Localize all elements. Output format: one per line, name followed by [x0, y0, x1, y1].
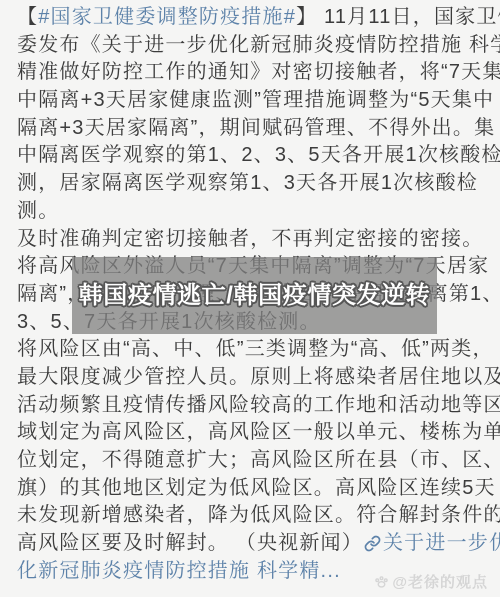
text-segment: 精准做好防控工作的通知》对密切接触者，将“7天集 [17, 61, 500, 83]
text-segment: 中隔离医学观察的第1、2、3、5天各开展1次核酸检 [17, 144, 500, 166]
text-segment: 】 11月11日，国家卫健 [296, 6, 500, 28]
text-segment: 高风险区要及时解封。 （央视新闻） [17, 532, 363, 554]
watermark: @老徐的观点 [374, 571, 488, 592]
text-segment: 中隔离+3天居家健康监测”管理措施调整为“5天集中 [17, 89, 494, 111]
text-segment: 最大限度减少管控人员。原则上将感染者居住地以及 [17, 366, 500, 388]
text-segment: 隔离+3天居家隔离”，期间赋码管理、不得外出。集 [17, 117, 495, 139]
hashtag-link[interactable]: #国家卫健委调整防疫措施# [38, 6, 296, 28]
text-line: 最大限度减少管控人员。原则上将感染者居住地以及 [17, 364, 487, 392]
text-line: 【#国家卫健委调整防疫措施#】 11月11日，国家卫健 [17, 4, 487, 32]
text-line: 中隔离+3天居家健康监测”管理措施调整为“5天集中 [17, 87, 487, 115]
text-line: 中隔离医学观察的第1、2、3、5天各开展1次核酸检 [17, 142, 487, 170]
text-line: 域划定为高风险区，高风险区一般以单元、楼栋为单 [17, 419, 487, 447]
text-line: 精准做好防控工作的通知》对密切接触者，将“7天集 [17, 59, 487, 87]
text-line: 活动频繁且疫情传播风险较高的工作地和活动地等区 [17, 392, 487, 420]
text-segment: 委发布《关于进一步优化新冠肺炎疫情防控措施 科学 [17, 34, 500, 56]
text-line: 隔离+3天居家隔离”，期间赋码管理、不得外出。集 [17, 115, 487, 143]
text-line: 位划定，不得随意扩大；高风险区所在县（市、区、 [17, 447, 487, 475]
text-line: 测，居家隔离医学观察第1、3天各开展1次核酸检 [17, 170, 487, 198]
text-segment: 测。 [17, 200, 59, 222]
text-line: 将风险区由“高、中、低”三类调整为“高、低”两类， [17, 336, 487, 364]
text-line: 未发现新增感染者，降为低风险区。符合解封条件的 [17, 502, 487, 530]
overlay-title-text: 韩国疫情逃亡/韩国疫情突发逆转 [72, 280, 437, 312]
watermark-handle: @老徐的观点 [392, 571, 488, 592]
document-link[interactable]: 关于进一步优 [363, 532, 500, 554]
link-chain-icon [364, 535, 381, 552]
text-line: 测。 [17, 198, 487, 226]
text-segment: 活动频繁且疫情传播风险较高的工作地和活动地等区 [17, 394, 500, 416]
text-line: 高风险区要及时解封。 （央视新闻） 关于进一步优 [17, 530, 487, 558]
video-title-overlay: 韩国疫情逃亡/韩国疫情突发逆转 [72, 257, 437, 334]
text-segment: 域划定为高风险区，高风险区一般以单元、楼栋为单 [17, 421, 500, 443]
text-line: 及时准确判定密切接触者，不再判定密接的密接。 [17, 226, 487, 254]
document-link[interactable]: 化新冠肺炎疫情防控措施 科学精... [17, 560, 341, 582]
text-segment: 未发现新增感染者，降为低风险区。符合解封条件的 [17, 504, 500, 526]
text-segment: 旗）的其他地区划定为低风险区。高风险区连续5天 [17, 477, 496, 499]
paw-icon [374, 574, 389, 589]
text-segment: 将风险区由“高、中、低”三类调整为“高、低”两类， [17, 338, 494, 360]
text-segment: 位划定，不得随意扩大；高风险区所在县（市、区、 [17, 449, 500, 471]
text-line: 委发布《关于进一步优化新冠肺炎疫情防控措施 科学 [17, 32, 487, 60]
text-segment: 【 [17, 6, 38, 28]
text-line: 旗）的其他地区划定为低风险区。高风险区连续5天 [17, 475, 487, 503]
text-segment: 测，居家隔离医学观察第1、3天各开展1次核酸检 [17, 172, 478, 194]
text-segment: 及时准确判定密切接触者，不再判定密接的密接。 [17, 228, 483, 250]
post-screenshot: 【#国家卫健委调整防疫措施#】 11月11日，国家卫健委发布《关于进一步优化新冠… [0, 0, 500, 597]
